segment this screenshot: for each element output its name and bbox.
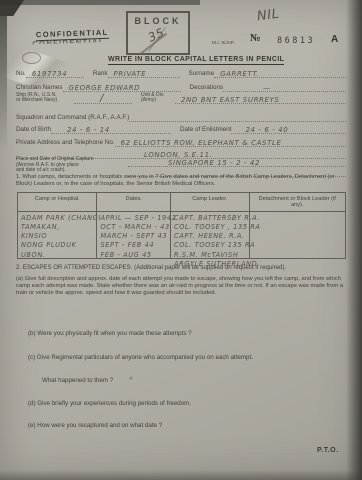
decorations-field: — (223, 80, 346, 92)
scan-right-edge (346, 0, 362, 480)
section-2c-followup: What happened to them ?^ (42, 377, 133, 384)
section-2-title: 2. ESCAPES OR ATTEMPTED ESCAPES. (Additi… (16, 264, 352, 271)
dates-cell: MARCH - SEPT 43 (100, 232, 169, 241)
service-number-value: 6197734 (32, 70, 67, 78)
leader-cell: COL. TOOSEY 135 RA (174, 241, 247, 250)
section-2a: (a) Give full description and approx. da… (16, 276, 346, 297)
camp-cell: TAMAKAN, (21, 223, 95, 232)
capture-label: Place and Date of Original Capture (Airc… (16, 157, 128, 174)
detachment-column (249, 212, 345, 258)
surname-field: GARRETT. (214, 66, 346, 78)
camp-cell: UBON. (21, 251, 95, 260)
camps-table-body: ADAM PARK (CHANGI TAMAKAN, KINSIO NONG P… (18, 212, 345, 258)
leader-cell: COL. TOOSEY , 135 RA (174, 223, 247, 232)
dob-label: Date of Birth (16, 126, 51, 134)
field-row-dates: Date of Birth 24 - 6 - 14 Date of Enlist… (16, 122, 346, 134)
nil-annotation: NIL (256, 7, 280, 25)
enlistment-value: 24 - 6 - 40 (245, 126, 288, 134)
dob-field: 24 - 6 - 14 (51, 122, 171, 134)
leader-cell: CAPT. BATTERSBY R.A. (174, 214, 247, 223)
field-row-squadron: Squadron and Command (R.A.F., A.A.F.) (16, 110, 346, 122)
christian-names-value: GEORGE EDWARD (69, 84, 141, 92)
capture-field-line1: SINGAPORE 15 - 2 - 42 (128, 157, 346, 167)
unit-label: Unit & Div. (Army) (141, 93, 175, 104)
service-number-field: 6197734 (26, 66, 84, 78)
header-dates: Dates. (96, 193, 170, 211)
pow-questionnaire-form: CONFIDENTIAL CONFIDENTIAL BLOCK 35 M.I. … (0, 0, 362, 480)
decorations-label: Decorations (190, 84, 224, 92)
ship-label: Ship (R.N., U.S.N. or Merchant Navy) (16, 93, 74, 104)
section-2b: (b) Were you physically fit when you mad… (28, 330, 192, 337)
ship-value: ∕ (100, 93, 104, 104)
serial-number: 86813 (277, 36, 315, 46)
camp-cell: KINSIO (21, 232, 95, 241)
question-1: 1. What camps, detachments or hospitals … (16, 174, 346, 188)
field-row-identity: No. 6197734 Rank PRIVATE Surname GARRETT… (16, 66, 346, 78)
ship-field: ∕ (74, 92, 132, 104)
squadron-label: Squadron and Command (R.A.F., A.A.F.) (16, 114, 129, 122)
dob-value: 24 - 6 - 14 (67, 126, 110, 134)
field-row-address: Private Address and Telephone No. 62 ELL… (16, 135, 346, 147)
header-leader: Camp Leader. (170, 193, 248, 211)
page-turn-over-note: P.T.O. (317, 447, 339, 454)
scan-bottom-edge (0, 470, 362, 480)
enlistment-field: 24 - 6 - 40 (231, 122, 346, 134)
dates-cell: SEPT - FEB 44 (100, 241, 169, 250)
section-2e: (e) How were you recaptured and on what … (28, 422, 162, 429)
christian-names-label: Christian Names (16, 84, 63, 92)
block-stamp-box: BLOCK 35 (126, 11, 190, 55)
dates-cell: OCT - MARCH - 43 (100, 223, 169, 232)
service-number-label: No. (16, 70, 26, 78)
enlistment-label: Date of Enlistment (180, 126, 231, 134)
serial-suffix: A (331, 34, 338, 45)
camp-cell: ADAM PARK (CHANGI (21, 214, 95, 223)
address-field: 62 ELLIOTTS ROW, ELEPHANT & CASTLE (115, 135, 346, 147)
scan-left-edge (0, 0, 7, 150)
christian-names-field: GEORGE EDWARD (63, 80, 181, 92)
confidential-stamp: CONFIDENTIAL CONFIDENTIAL (36, 28, 109, 45)
section-2c: (c) Give Regimental particulars of anyon… (28, 354, 253, 361)
camps-table-header: Camp or Hospital. Dates. Camp Leader. De… (18, 193, 345, 212)
address-value-line1: 62 ELLIOTTS ROW, ELEPHANT & CASTLE (121, 139, 282, 147)
field-row-unit: Ship (R.N., U.S.N. or Merchant Navy) ∕ U… (16, 92, 346, 104)
dates-column: APRIL — SEP - 1942 OCT - MARCH - 43 MARC… (96, 212, 170, 258)
squadron-field (129, 110, 346, 122)
scan-top-edge (0, 0, 200, 5)
camp-cell: NONG PLUDUK (21, 241, 95, 250)
leader-cell: R.S.M. McTAVISH (174, 251, 247, 260)
header-detachment: Detachment or Block Leader (if any). (249, 193, 345, 211)
unit-field: 2ND BNT EAST SURREYS (175, 92, 346, 104)
unit-value: 2ND BNT EAST SURREYS (181, 96, 279, 104)
punch-hole (22, 52, 41, 64)
leader-column: CAPT. BATTERSBY R.A. COL. TOOSEY , 135 R… (170, 212, 248, 258)
decorations-value: — (263, 84, 271, 92)
section-2d: (d) Give briefly your experiences during… (28, 400, 191, 407)
dates-cell: APRIL — SEP - 1942 (100, 214, 169, 223)
header-camp: Camp or Hospital. (18, 193, 96, 211)
camp-column: ADAM PARK (CHANGI TAMAKAN, KINSIO NONG P… (18, 212, 96, 258)
surname-label: Surname (189, 70, 215, 78)
field-row-names: Christian Names GEORGE EDWARD Decoration… (16, 80, 346, 92)
rank-label: Rank (93, 70, 108, 78)
camps-table: Camp or Hospital. Dates. Camp Leader. De… (17, 192, 346, 259)
rank-field: PRIVATE (108, 66, 180, 78)
instruction-heading: WRITE IN BLOCK CAPITAL LETTERS IN PENCIL (108, 56, 284, 65)
surname-value: GARRETT. (220, 70, 259, 78)
address-label: Private Address and Telephone No. (16, 139, 115, 147)
confidential-stamp-ghost: CONFIDENTIAL (32, 37, 105, 45)
leader-cell: CAPT. HEENE. R.A. (174, 232, 247, 241)
dates-cell: FEB - AUG 45 (100, 251, 169, 260)
pencil-caret-mark: ^ (129, 377, 132, 384)
form-reference: M.I. 9/JAP. (212, 41, 235, 46)
rank-value: PRIVATE (114, 70, 147, 78)
capture-value: SINGAPORE 15 - 2 - 42 (168, 159, 260, 167)
numero-symbol: № (250, 33, 261, 44)
block-stamp-label: BLOCK (128, 16, 188, 26)
